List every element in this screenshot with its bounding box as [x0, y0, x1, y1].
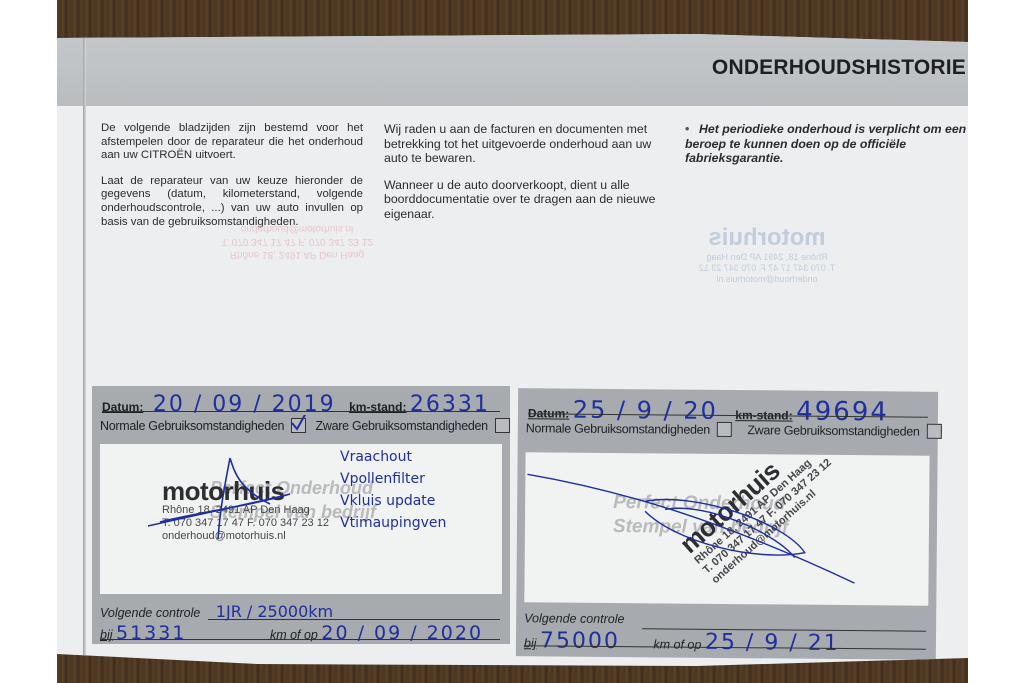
volgende-controle-label: Volgende controle [524, 611, 624, 626]
date-km-row: Datum: 20 / 09 / 2019 km-stand: 26331 [102, 392, 500, 412]
background-right [968, 0, 1024, 683]
zware-checkbox[interactable] [495, 418, 510, 433]
normale-label: Normale Gebruiksomstandigheden [526, 421, 710, 437]
intro-paragraph: De volgende bladzijden zijn bestemd voor… [101, 122, 363, 163]
bullet-icon: • [685, 122, 699, 137]
checkmark-icon [290, 415, 308, 431]
page-title: ONDERHOUDSHISTORIE [712, 56, 966, 80]
normale-checkbox[interactable] [291, 418, 306, 433]
service-entry-1: Datum: 20 / 09 / 2019 km-stand: 26331 No… [92, 386, 510, 644]
handwritten-notes: Vraachout Vpollenfilter Vkluis update Vt… [340, 446, 446, 534]
service-booklet-page: ONDERHOUDSHISTORIE De volgende bladzijde… [57, 34, 968, 666]
intro-paragraph: Wij raden u aan de facturen en documente… [384, 122, 664, 166]
zware-label: Zware Gebruiksomstandigheden [316, 419, 488, 433]
intro-paragraph: Wanneer u de auto doorverkoopt, dient u … [384, 178, 664, 222]
of-op-datum-value[interactable]: 20 / 09 / 2020 [321, 622, 483, 644]
conditions-row: Normale Gebruiksomstandigheden Zware Geb… [100, 418, 516, 433]
km-of-op-label: km of op [653, 637, 701, 651]
volgende-controle-label: Volgende controle [100, 606, 200, 620]
stamp-area: Perfect Onderhoud Stempel van bedrijf mo… [100, 444, 502, 594]
bij-km-value[interactable]: 51331 [116, 622, 186, 644]
next-service-row: bij 51331 km of op 20 / 09 / 2020 [100, 622, 500, 640]
header-band: ONDERHOUDSHISTORIE [57, 34, 968, 106]
intro-paragraph: Laat de reparateur van uw keuze hieronde… [101, 175, 363, 229]
km-stand-value[interactable]: 26331 [410, 392, 490, 417]
zware-checkbox[interactable] [927, 424, 942, 439]
volgende-controle-row: Volgende controle 1JR / 25000km [100, 602, 500, 620]
bij-label: bij [524, 636, 537, 650]
warranty-note: Het periodieke onderhoud is verplicht om… [685, 122, 966, 165]
normale-label: Normale Gebruiksomstandigheden [100, 419, 284, 433]
page-fold [83, 34, 86, 666]
signature-icon [524, 460, 865, 593]
intro-column-2: Wij raden u aan de facturen en documente… [384, 122, 664, 234]
service-entry-2: Datum: 25 / 9 / 20 km-stand: 49694 Norma… [516, 388, 938, 660]
intro-column-3: •Het periodieke onderhoud is verplicht o… [685, 122, 967, 178]
background-left [0, 0, 57, 683]
of-op-datum-value[interactable]: 25 / 9 / 21 [705, 630, 840, 656]
ghost-imprint-pink: Rhône 18, 2491 AP Den Haag T. 070 347 17… [197, 222, 397, 261]
datum-value[interactable]: 20 / 09 / 2019 [153, 392, 336, 417]
bij-km-value[interactable]: 75000 [540, 628, 620, 654]
next-service-row: bij 75000 km of op 25 / 9 / 21 [524, 628, 926, 650]
stamp-area: Perfect Onderhoud Stempel van bedrijf mo… [524, 452, 929, 606]
ghost-imprint-stamp: motorhuis Rhône 18, 2491 AP Den Haag T. … [677, 224, 857, 285]
